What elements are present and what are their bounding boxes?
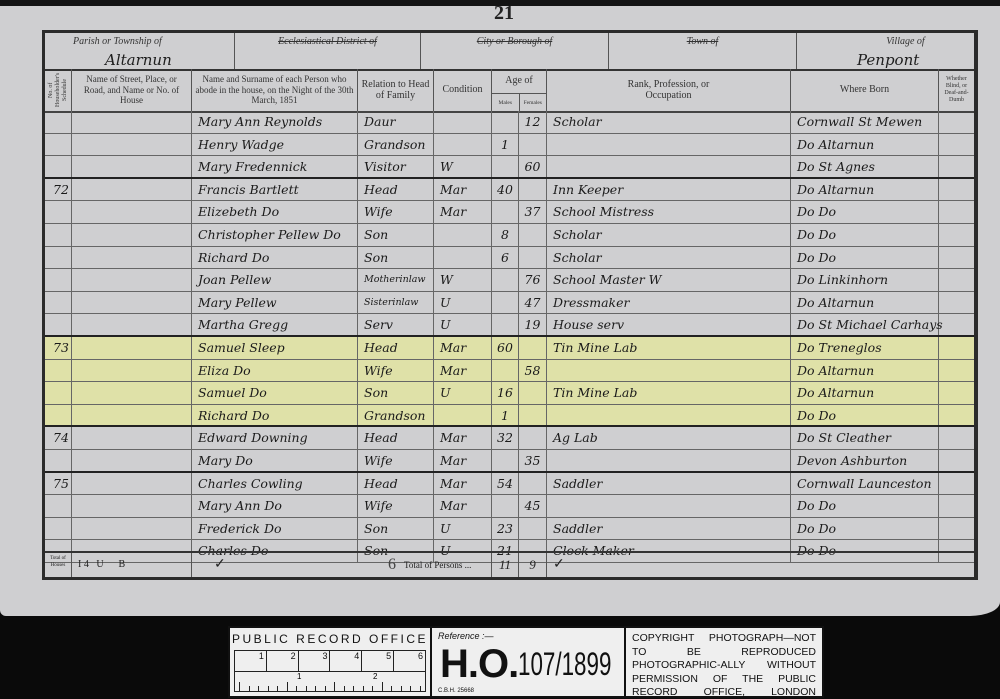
totals-middle: ✓ 6 Total of Persons ... (192, 553, 492, 577)
census-page: 21 Parish or Township of Altarnun Eccles… (0, 0, 1000, 616)
occupation: Saddler (547, 473, 791, 495)
table-row: Mary PellewSisterinlawU47DressmakerDo Al… (45, 292, 974, 315)
male-age: 1 (492, 134, 519, 156)
ruler-number: 1 (235, 651, 267, 671)
town-cell: Town of (609, 33, 797, 69)
condition: Mar (434, 473, 492, 495)
schedule-number (45, 360, 72, 382)
street-cell (72, 427, 192, 449)
table-row: Mary Ann ReynoldsDaur12ScholarCornwall S… (45, 111, 974, 134)
table-row: Eliza DoWifeMar58Do Altarnun (45, 360, 974, 383)
table-row: Henry WadgeGrandson1Do Altarnun (45, 134, 974, 157)
town-label: Town of (609, 36, 796, 47)
blind-deaf-cell (939, 360, 974, 382)
female-age (519, 134, 547, 156)
table-row: 75Charles CowlingHeadMar54SaddlerCornwal… (45, 473, 974, 496)
person-name: Frederick Do (192, 518, 358, 540)
where-born: Do Do (791, 518, 939, 540)
parish-cell: Parish or Township of Altarnun (45, 33, 235, 69)
street-cell (72, 450, 192, 471)
person-name: Joan Pellew (192, 269, 358, 291)
blind-deaf-cell (939, 134, 974, 156)
female-age (519, 518, 547, 540)
where-born: Do Do (791, 405, 939, 426)
reference-cbh: C.B.H. 25668 (438, 688, 474, 694)
person-name: Edward Downing (192, 427, 358, 449)
where-born: Do Altarnun (791, 179, 939, 201)
ruler-tick (239, 682, 240, 692)
ruler-tick (410, 686, 411, 692)
check-mark: ✓ (214, 553, 226, 577)
female-age (519, 247, 547, 269)
occupation: School Master W (547, 269, 791, 291)
occupation: Scholar (547, 111, 791, 133)
female-age: 19 (519, 314, 547, 335)
person-name: Christopher Pellew Do (192, 224, 358, 246)
reference-label: Reference :— (438, 631, 494, 641)
male-age: 40 (492, 179, 519, 201)
females-label: Females (520, 94, 547, 112)
male-age (492, 360, 519, 382)
where-born: Do St Agnes (791, 156, 939, 177)
ruler-tick (315, 686, 316, 692)
street-cell (72, 405, 192, 426)
blind-deaf-cell (939, 224, 974, 246)
occupation: Saddler (547, 518, 791, 540)
street-cell (72, 473, 192, 495)
street-cell (72, 292, 192, 314)
reference-block: Reference :— H.O. 107/1899 C.B.H. 25668 (432, 628, 626, 696)
col-blind-deaf: Whether Blind, or Deaf-and-Dumb (939, 69, 974, 111)
ecclesiastical-label: Ecclesiastical District of (235, 36, 420, 47)
table-row: Mary FredennickVisitorW60Do St Agnes (45, 156, 974, 179)
relation: Wife (358, 450, 434, 471)
person-name: Martha Gregg (192, 314, 358, 335)
where-born: Do Treneglos (791, 337, 939, 359)
street-cell (72, 111, 192, 133)
relation: Head (358, 179, 434, 201)
ruler-tick (268, 686, 269, 692)
occupation (547, 360, 791, 382)
street-cell (72, 247, 192, 269)
scale-ruler: 1 2 3 4 5 6 1 2 (234, 650, 426, 692)
pro-title: PUBLIC RECORD OFFICE (230, 632, 430, 646)
person-name: Henry Wadge (192, 134, 358, 156)
schedule-number (45, 269, 72, 291)
ruler-tick (258, 686, 259, 692)
where-born: Do Altarnun (791, 360, 939, 382)
copyright-notice: COPYRIGHT PHOTOGRAPH—NOT TO BE REPRODUCE… (626, 628, 822, 696)
table-row: Mary DoWifeMar35Devon Ashburton (45, 450, 974, 473)
person-name: Mary Pellew (192, 292, 358, 314)
houses-label: Total of Houses (45, 553, 72, 577)
age-of-label: Age of (492, 69, 546, 94)
ecclesiastical-cell: Ecclesiastical District of (235, 33, 421, 69)
street-cell (72, 156, 192, 177)
female-age: 35 (519, 450, 547, 471)
ruler-number: 3 (299, 651, 331, 671)
condition: W (434, 269, 492, 291)
male-age (492, 495, 519, 517)
male-age (492, 314, 519, 335)
relation: Grandson (358, 405, 434, 426)
ruler-tick (277, 686, 278, 692)
street-cell (72, 224, 192, 246)
blind-deaf-cell (939, 427, 974, 449)
table-row: Christopher Pellew DoSon8ScholarDo Do (45, 224, 974, 247)
blind-deaf-cell (939, 179, 974, 201)
col-where-born: Where Born (791, 69, 939, 111)
where-born: Cornwall St Mewen (791, 111, 939, 133)
male-age: 54 (492, 473, 519, 495)
ruler-lower-number: 2 (373, 672, 377, 681)
ruler-tick (306, 686, 307, 692)
blind-deaf-cell (939, 314, 974, 335)
condition: U (434, 292, 492, 314)
occupation (547, 405, 791, 426)
person-name: Mary Do (192, 450, 358, 471)
occupation (547, 495, 791, 517)
ruler-tick (420, 686, 421, 692)
ruler-lower-number: 1 (297, 672, 301, 681)
col-age: Age of Males Females (492, 69, 547, 111)
where-born: Do Do (791, 247, 939, 269)
schedule-number (45, 495, 72, 517)
street-cell (72, 269, 192, 291)
ruler-tick (344, 686, 345, 692)
condition (434, 224, 492, 246)
male-age: 8 (492, 224, 519, 246)
street-cell (72, 518, 192, 540)
where-born: Do St Michael Carhays (791, 314, 939, 335)
houses-value: I 4 U B (72, 553, 192, 577)
condition: Mar (434, 427, 492, 449)
occupation-check: ✓ (547, 553, 974, 577)
relation: Grandson (358, 134, 434, 156)
blind-deaf-cell (939, 337, 974, 359)
female-age: 47 (519, 292, 547, 314)
male-age (492, 156, 519, 177)
city-label: City or Borough of (421, 36, 608, 47)
female-age: 60 (519, 156, 547, 177)
person-name: Samuel Sleep (192, 337, 358, 359)
condition: Mar (434, 495, 492, 517)
relation: Head (358, 427, 434, 449)
schedule-number (45, 382, 72, 404)
ruler-number: 2 (267, 651, 299, 671)
ruler-tick (296, 686, 297, 692)
occupation: Inn Keeper (547, 179, 791, 201)
persons-label: Total of Persons ... (404, 553, 471, 577)
where-born: Do Do (791, 201, 939, 223)
occupation: School Mistress (547, 201, 791, 223)
blind-deaf-cell (939, 156, 974, 177)
ruler-tick (382, 682, 383, 692)
male-age: 1 (492, 405, 519, 426)
ruler-number: 5 (362, 651, 394, 671)
female-age: 58 (519, 360, 547, 382)
female-age: 45 (519, 495, 547, 517)
condition: Mar (434, 360, 492, 382)
female-age (519, 337, 547, 359)
relation: Visitor (358, 156, 434, 177)
parish-label: Parish or Township of (45, 36, 262, 47)
reference-piece: 107/1899 (518, 646, 611, 683)
street-cell (72, 382, 192, 404)
table-row: Mary Ann DoWifeMar45Do Do (45, 495, 974, 518)
street-cell (72, 314, 192, 335)
male-age (492, 111, 519, 133)
table-row: Frederick DoSonU23SaddlerDo Do (45, 518, 974, 541)
relation: Wife (358, 201, 434, 223)
street-cell (72, 179, 192, 201)
where-born: Do Linkinhorn (791, 269, 939, 291)
street-cell (72, 495, 192, 517)
column-headers: No. of Householder's Schedule Name of St… (45, 69, 974, 113)
person-name: Elizebeth Do (192, 201, 358, 223)
blind-deaf-cell (939, 518, 974, 540)
location-header: Parish or Township of Altarnun Ecclesias… (45, 33, 974, 71)
male-age (492, 450, 519, 471)
ruler-tick (334, 682, 335, 692)
occupation: Tin Mine Lab (547, 337, 791, 359)
person-name: Richard Do (192, 405, 358, 426)
blind-deaf-cell (939, 201, 974, 223)
table-row: Joan PellewMotherinlawW76School Master W… (45, 269, 974, 292)
blind-deaf-cell (939, 292, 974, 314)
reference-series: H.O. (440, 642, 518, 687)
males-total: 11 (492, 553, 519, 577)
person-name: Samuel Do (192, 382, 358, 404)
female-age: 76 (519, 269, 547, 291)
person-name: Mary Ann Do (192, 495, 358, 517)
schedule-number: 75 (45, 473, 72, 495)
female-age: 37 (519, 201, 547, 223)
relation: Serv (358, 314, 434, 335)
female-age (519, 405, 547, 426)
schedule-number (45, 292, 72, 314)
street-cell (72, 134, 192, 156)
ruler-tick (372, 686, 373, 692)
schedule-number (45, 156, 72, 177)
pro-ruler-block: PUBLIC RECORD OFFICE 1 2 3 4 5 6 1 2 (230, 628, 432, 696)
ruler-tick (363, 686, 364, 692)
occupation: House serv (547, 314, 791, 335)
table-row: Martha GreggServU19House servDo St Micha… (45, 314, 974, 337)
table-row: Richard DoSon6ScholarDo Do (45, 247, 974, 270)
condition (434, 134, 492, 156)
condition: Mar (434, 179, 492, 201)
blind-deaf-cell (939, 247, 974, 269)
male-age (492, 292, 519, 314)
ruler-tick (249, 686, 250, 692)
where-born: Do St Cleather (791, 427, 939, 449)
occupation: Scholar (547, 224, 791, 246)
male-age: 6 (492, 247, 519, 269)
village-value: Penpont (857, 51, 919, 69)
person-name: Francis Bartlett (192, 179, 358, 201)
relation: Son (358, 518, 434, 540)
relation: Head (358, 473, 434, 495)
col-relation: Relation to Head of Family (358, 69, 434, 111)
males-label: Males (492, 94, 520, 112)
table-row: Elizebeth DoWifeMar37School MistressDo D… (45, 201, 974, 224)
male-age: 32 (492, 427, 519, 449)
occupation: Scholar (547, 247, 791, 269)
occupation: Dressmaker (547, 292, 791, 314)
schedule-number (45, 518, 72, 540)
condition: U (434, 518, 492, 540)
condition: U (434, 382, 492, 404)
female-age: 12 (519, 111, 547, 133)
blind-deaf-cell (939, 473, 974, 495)
ruler-tick (353, 686, 354, 692)
relation: Wife (358, 360, 434, 382)
schedule-number (45, 224, 72, 246)
blind-deaf-cell (939, 450, 974, 471)
totals-row: Total of Houses I 4 U B ✓ 6 Total of Per… (45, 551, 974, 577)
condition: W (434, 156, 492, 177)
col-street: Name of Street, Place, or Road, and Name… (72, 69, 192, 111)
relation: Sisterinlaw (358, 292, 434, 314)
schedule-number (45, 134, 72, 156)
page-number: 21 (494, 2, 514, 25)
schedule-number (45, 111, 72, 133)
pencil-mark: 6 (388, 553, 396, 577)
village-cell: Village of Penpont (797, 33, 974, 69)
ruler-tick (401, 686, 402, 692)
street-cell (72, 201, 192, 223)
condition (434, 247, 492, 269)
occupation: Tin Mine Lab (547, 382, 791, 404)
table-row: Samuel DoSonU16Tin Mine LabDo Altarnun (45, 382, 974, 405)
ruler-tick (391, 686, 392, 692)
male-age: 60 (492, 337, 519, 359)
street-cell (72, 337, 192, 359)
city-cell: City or Borough of (421, 33, 609, 69)
condition: U (434, 314, 492, 335)
relation: Motherinlaw (358, 269, 434, 291)
relation: Daur (358, 111, 434, 133)
where-born: Do Do (791, 224, 939, 246)
person-name: Charles Cowling (192, 473, 358, 495)
schedule-number (45, 314, 72, 335)
schedule-number (45, 201, 72, 223)
occupation: Ag Lab (547, 427, 791, 449)
person-name: Eliza Do (192, 360, 358, 382)
where-born: Cornwall Launceston (791, 473, 939, 495)
where-born: Devon Ashburton (791, 450, 939, 471)
person-name: Mary Fredennick (192, 156, 358, 177)
person-name: Richard Do (192, 247, 358, 269)
condition (434, 405, 492, 426)
schedule-number (45, 247, 72, 269)
street-cell (72, 360, 192, 382)
table-row: 74Edward DowningHeadMar32Ag LabDo St Cle… (45, 427, 974, 450)
blind-deaf-cell (939, 382, 974, 404)
where-born: Do Altarnun (791, 292, 939, 314)
table-row: 73Samuel SleepHeadMar60Tin Mine LabDo Tr… (45, 337, 974, 360)
schedule-number (45, 450, 72, 471)
col-occupation: Rank, Profession, or Occupation (547, 69, 791, 111)
where-born: Do Altarnun (791, 382, 939, 404)
schedule-number: 72 (45, 179, 72, 201)
occupation (547, 450, 791, 471)
col-schedule: No. of Householder's Schedule (45, 69, 72, 111)
col-condition: Condition (434, 69, 492, 111)
ruler-tick (287, 682, 288, 692)
schedule-number: 73 (45, 337, 72, 359)
female-age (519, 382, 547, 404)
village-label: Village of (797, 36, 994, 47)
ruler-number: 4 (330, 651, 362, 671)
condition (434, 111, 492, 133)
where-born: Do Altarnun (791, 134, 939, 156)
occupation (547, 156, 791, 177)
condition: Mar (434, 450, 492, 471)
ruler-tick (325, 686, 326, 692)
where-born: Do Do (791, 495, 939, 517)
schedule-number (45, 405, 72, 426)
parish-value: Altarnun (105, 51, 172, 69)
census-table: Parish or Township of Altarnun Ecclesias… (42, 30, 978, 580)
relation: Son (358, 247, 434, 269)
female-age (519, 224, 547, 246)
male-age (492, 269, 519, 291)
condition: Mar (434, 201, 492, 223)
table-row: Richard DoGrandson1Do Do (45, 405, 974, 428)
male-age: 16 (492, 382, 519, 404)
blind-deaf-cell (939, 269, 974, 291)
public-record-office-label: PUBLIC RECORD OFFICE 1 2 3 4 5 6 1 2 Ref… (228, 626, 824, 698)
table-row: 72Francis BartlettHeadMar40Inn KeeperDo … (45, 179, 974, 202)
condition: Mar (434, 337, 492, 359)
ruler-number: 6 (394, 651, 425, 671)
male-age: 23 (492, 518, 519, 540)
blind-deaf-cell (939, 495, 974, 517)
females-total: 9 (519, 553, 547, 577)
female-age (519, 473, 547, 495)
blind-deaf-cell (939, 405, 974, 426)
schedule-number: 74 (45, 427, 72, 449)
relation: Wife (358, 495, 434, 517)
occupation (547, 134, 791, 156)
col-name: Name and Surname of each Person who abod… (192, 69, 358, 111)
relation: Head (358, 337, 434, 359)
ruler-ticks: 1 2 (235, 672, 425, 692)
male-age (492, 201, 519, 223)
person-name: Mary Ann Reynolds (192, 111, 358, 133)
female-age (519, 179, 547, 201)
relation: Son (358, 224, 434, 246)
relation: Son (358, 382, 434, 404)
blind-deaf-cell (939, 111, 974, 133)
female-age (519, 427, 547, 449)
